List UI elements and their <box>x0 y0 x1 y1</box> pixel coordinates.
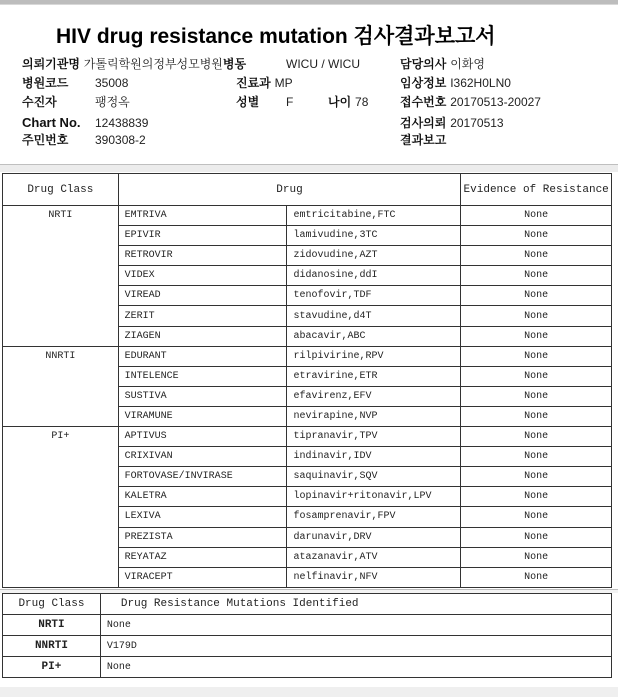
resistance-table-header: Drug Class Drug Evidence of Resistance <box>3 174 612 206</box>
brand-cell: KALETRA <box>118 487 287 507</box>
patient-value: 팽정옥 <box>95 95 130 109</box>
table-row: NRTI EMTRIVA emtricitabine,FTC None <box>3 206 612 226</box>
generic-cell: nevirapine,NVP <box>287 406 461 426</box>
brand-cell: REYATAZ <box>118 547 287 567</box>
generic-cell: etravirine,ETR <box>287 366 461 386</box>
generic-cell: fosamprenavir,FPV <box>287 507 461 527</box>
header-evidence: Evidence of Resistance <box>461 174 612 206</box>
receipt-no-label: 접수번호 <box>400 95 446 109</box>
evidence-cell: None <box>461 266 612 286</box>
patient-label: 수진자 <box>22 95 57 109</box>
drug-class-cell: PI+ <box>3 657 101 678</box>
brand-cell: LEXIVA <box>118 507 287 527</box>
ward-value-field: WICU / WICU <box>286 57 360 71</box>
generic-cell: zidovudine,AZT <box>287 246 461 266</box>
evidence-cell: None <box>461 306 612 326</box>
evidence-cell: None <box>461 386 612 406</box>
brand-cell: VIDEX <box>118 266 287 286</box>
drug-class-cell: NRTI <box>3 615 101 636</box>
table-row: NRTI None <box>3 615 612 636</box>
table-row: PI+ None <box>3 657 612 678</box>
resident-no-value: 390308-2 <box>95 133 146 147</box>
header-drug-class: Drug Class <box>3 594 101 615</box>
sex-value-field: F <box>286 95 293 109</box>
mutations-cell: None <box>100 615 611 636</box>
header-drug-class: Drug Class <box>3 174 119 206</box>
test-request-label: 검사의뢰 <box>400 116 446 130</box>
report-title: HIV drug resistance mutation 검사결과보고서 <box>56 20 496 50</box>
brand-cell: INTELENCE <box>118 366 287 386</box>
brand-cell: EPIVIR <box>118 226 287 246</box>
evidence-cell: None <box>461 226 612 246</box>
receipt-no-field: 접수번호 20170513-20027 <box>400 95 541 109</box>
table-row: PI+ APTIVUS tipranavir,TPV None <box>3 427 612 447</box>
hospital-code-value-field: 35008 <box>95 76 128 90</box>
institution-label: 의뢰기관명 <box>22 57 80 71</box>
evidence-cell: None <box>461 447 612 467</box>
header-separator <box>0 164 618 172</box>
receipt-no-value: 20170513-20027 <box>450 95 541 109</box>
department-label: 진료과 <box>236 76 271 90</box>
patient-field: 수진자 <box>22 95 57 109</box>
header-mutations: Drug Resistance Mutations Identified <box>100 594 611 615</box>
generic-cell: lopinavir+ritonavir,LPV <box>287 487 461 507</box>
chart-no-label: Chart No. <box>22 115 81 130</box>
age-label: 나이 <box>328 95 351 109</box>
institution-field: 의뢰기관명 가톨릭학원의정부성모병원병동 <box>22 57 246 71</box>
mutations-table-header: Drug Class Drug Resistance Mutations Ide… <box>3 594 612 615</box>
test-request-value: 20170513 <box>450 116 503 130</box>
evidence-cell: None <box>461 406 612 426</box>
generic-cell: didanosine,ddI <box>287 266 461 286</box>
result-report-label: 결과보고 <box>400 133 446 147</box>
window-top-bar <box>0 0 618 5</box>
brand-cell: APTIVUS <box>118 427 287 447</box>
mutations-cell: None <box>100 657 611 678</box>
generic-cell: efavirenz,EFV <box>287 386 461 406</box>
institution-value: 가톨릭학원의정부성모병원 <box>84 57 223 71</box>
mutations-cell: V179D <box>100 636 611 657</box>
department-value: MP <box>275 76 293 90</box>
generic-cell: emtricitabine,FTC <box>287 206 461 226</box>
result-report-field: 결과보고 <box>400 133 446 147</box>
evidence-cell: None <box>461 487 612 507</box>
sex-field: 성별 <box>236 95 259 109</box>
mutations-table: Drug Class Drug Resistance Mutations Ide… <box>2 593 612 678</box>
patient-value-field: 팽정옥 <box>95 95 130 109</box>
evidence-cell: None <box>461 527 612 547</box>
brand-cell: ZIAGEN <box>118 326 287 346</box>
drug-class-cell: NNRTI <box>3 346 119 426</box>
evidence-cell: None <box>461 286 612 306</box>
evidence-cell: None <box>461 366 612 386</box>
generic-cell: rilpivirine,RPV <box>287 346 461 366</box>
brand-cell: RETROVIR <box>118 246 287 266</box>
test-request-field: 검사의뢰 20170513 <box>400 116 504 130</box>
chart-no-value-field: 12438839 <box>95 116 148 130</box>
generic-cell: nelfinavir,NFV <box>287 567 461 587</box>
ward-value: WICU / WICU <box>286 57 360 71</box>
resistance-table: Drug Class Drug Evidence of Resistance N… <box>2 173 612 588</box>
generic-cell: tenofovir,TDF <box>287 286 461 306</box>
drug-class-cell: NRTI <box>3 206 119 347</box>
doctor-field: 담당의사 이화영 <box>400 57 485 71</box>
table-row: NNRTI EDURANT rilpivirine,RPV None <box>3 346 612 366</box>
age-value: 78 <box>355 95 368 109</box>
brand-cell: ZERIT <box>118 306 287 326</box>
brand-cell: SUSTIVA <box>118 386 287 406</box>
evidence-cell: None <box>461 507 612 527</box>
age-field: 나이 78 <box>328 95 368 109</box>
generic-cell: saquinavir,SQV <box>287 467 461 487</box>
brand-cell: FORTOVASE/INVIRASE <box>118 467 287 487</box>
chart-no-value: 12438839 <box>95 116 148 130</box>
doctor-value: 이화영 <box>450 57 485 71</box>
department-field: 진료과 MP <box>236 76 293 90</box>
evidence-cell: None <box>461 246 612 266</box>
table-row: NNRTI V179D <box>3 636 612 657</box>
header-drug: Drug <box>118 174 461 206</box>
evidence-cell: None <box>461 547 612 567</box>
resident-no-value-field: 390308-2 <box>95 133 146 147</box>
evidence-cell: None <box>461 206 612 226</box>
brand-cell: CRIXIVAN <box>118 447 287 467</box>
bottom-margin <box>0 687 618 697</box>
doctor-label: 담당의사 <box>400 57 446 71</box>
generic-cell: lamivudine,3TC <box>287 226 461 246</box>
sex-value: F <box>286 95 293 109</box>
ward-label: 병동 <box>223 57 246 71</box>
brand-cell: EMTRIVA <box>118 206 287 226</box>
clinical-info-field: 임상정보 I362H0LN0 <box>400 76 511 90</box>
hospital-code-field: 병원코드 <box>22 76 68 90</box>
evidence-cell: None <box>461 427 612 447</box>
evidence-cell: None <box>461 346 612 366</box>
clinical-info-value: I362H0LN0 <box>450 76 511 90</box>
generic-cell: tipranavir,TPV <box>287 427 461 447</box>
generic-cell: atazanavir,ATV <box>287 547 461 567</box>
resident-no-field: 주민번호 <box>22 133 68 147</box>
brand-cell: EDURANT <box>118 346 287 366</box>
chart-no-field: Chart No. <box>22 116 81 130</box>
evidence-cell: None <box>461 467 612 487</box>
generic-cell: darunavir,DRV <box>287 527 461 547</box>
generic-cell: stavudine,d4T <box>287 306 461 326</box>
drug-class-cell: NNRTI <box>3 636 101 657</box>
generic-cell: indinavir,IDV <box>287 447 461 467</box>
brand-cell: VIREAD <box>118 286 287 306</box>
sex-label: 성별 <box>236 95 259 109</box>
evidence-cell: None <box>461 326 612 346</box>
brand-cell: PREZISTA <box>118 527 287 547</box>
brand-cell: VIRACEPT <box>118 567 287 587</box>
resident-no-label: 주민번호 <box>22 133 68 147</box>
hospital-code-value: 35008 <box>95 76 128 90</box>
generic-cell: abacavir,ABC <box>287 326 461 346</box>
hospital-code-label: 병원코드 <box>22 76 68 90</box>
brand-cell: VIRAMUNE <box>118 406 287 426</box>
clinical-info-label: 임상정보 <box>400 76 446 90</box>
drug-class-cell: PI+ <box>3 427 119 588</box>
evidence-cell: None <box>461 567 612 587</box>
